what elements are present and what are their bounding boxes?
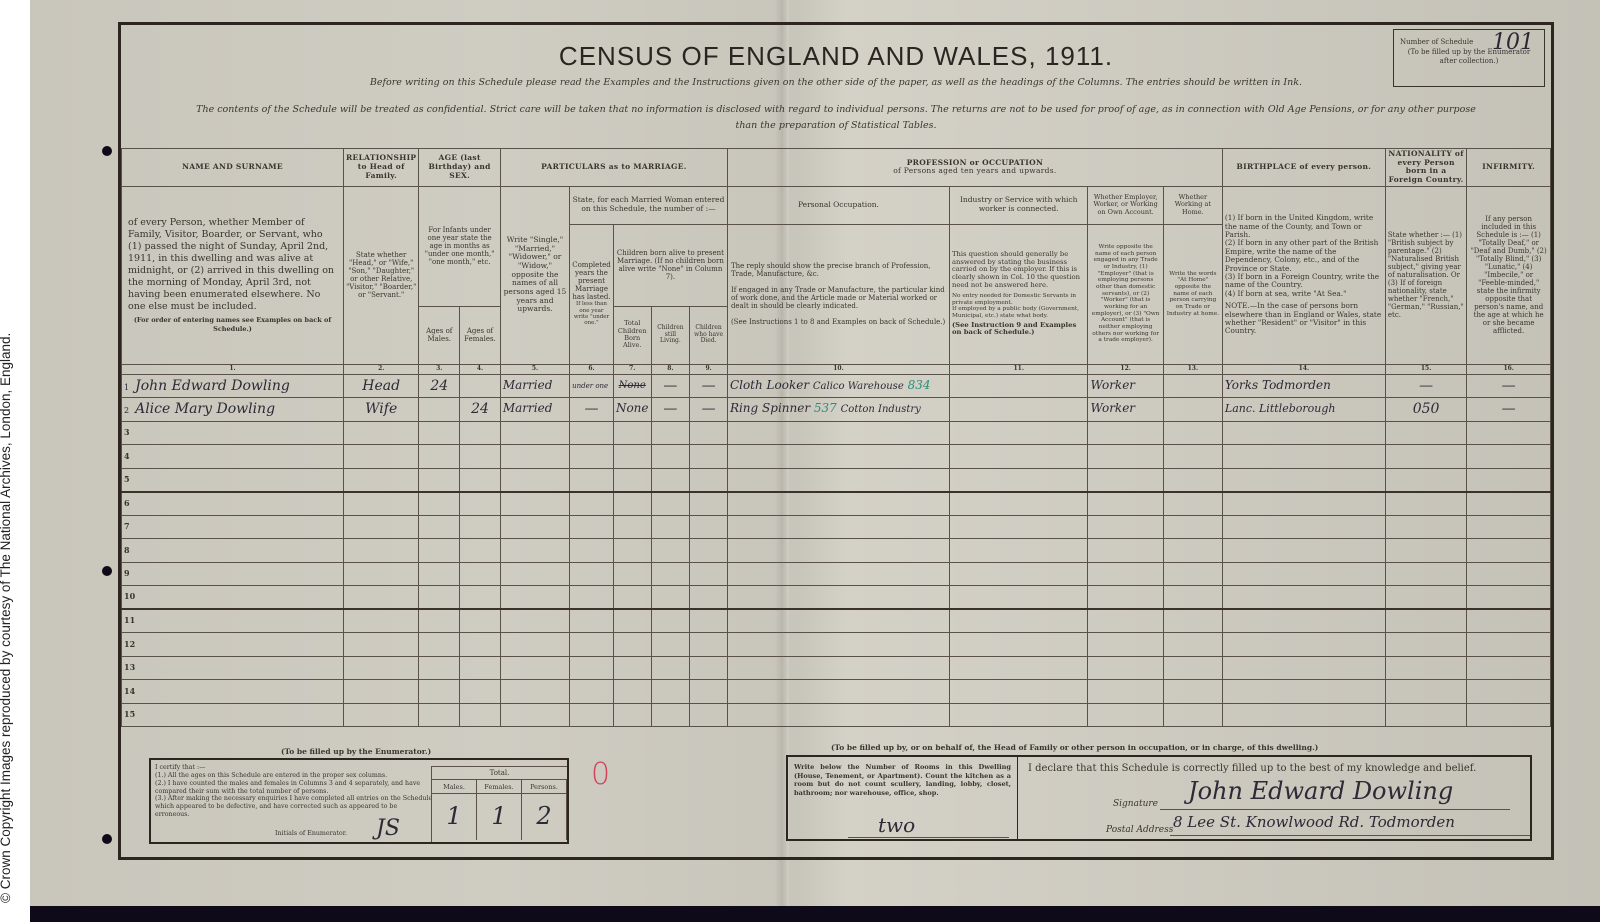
empty-cell[interactable] <box>1385 515 1466 539</box>
empty-cell[interactable] <box>651 445 690 469</box>
empty-cell[interactable] <box>344 633 419 657</box>
empty-cell[interactable] <box>1088 703 1163 727</box>
empty-cell[interactable] <box>419 633 460 657</box>
birthplace-desc-2: (2) If born in any other part of the Bri… <box>1225 239 1383 273</box>
empty-cell[interactable] <box>1467 492 1551 516</box>
birthplace-desc: (1) If born in the United Kingdom, write… <box>1222 186 1385 364</box>
empty-cell[interactable] <box>949 468 1088 492</box>
table-row: 15 <box>122 703 1551 727</box>
empty-cell[interactable] <box>570 586 614 610</box>
empty-cell[interactable] <box>1385 562 1466 586</box>
empty-cell[interactable] <box>500 539 569 563</box>
empty-cell[interactable] <box>500 562 569 586</box>
empty-cell[interactable] <box>570 633 614 657</box>
empty-cell[interactable] <box>727 421 949 445</box>
copyright-text: © Crown Copyright Images reproduced by c… <box>0 333 13 903</box>
empty-cell[interactable] <box>344 539 419 563</box>
empty-cell[interactable] <box>690 421 728 445</box>
empty-cell[interactable] <box>1222 562 1385 586</box>
empty-cell[interactable] <box>1163 680 1222 704</box>
table-row: 2Alice Mary Dowling Wife 24 Married — No… <box>122 398 1551 422</box>
empty-cell[interactable] <box>1385 492 1466 516</box>
empty-cell[interactable] <box>460 445 501 469</box>
red-mark: 0 <box>591 757 610 792</box>
relationship-cell[interactable]: Wife <box>344 398 419 422</box>
empty-cell[interactable] <box>500 656 569 680</box>
empty-cell[interactable] <box>1088 680 1163 704</box>
row-number: 9 <box>122 562 344 586</box>
empty-cell[interactable] <box>1222 539 1385 563</box>
empty-cell[interactable] <box>500 515 569 539</box>
industry-cell[interactable] <box>949 374 1088 398</box>
empty-cell[interactable] <box>1467 421 1551 445</box>
empty-cell[interactable] <box>1385 468 1466 492</box>
table-row: 12 <box>122 633 1551 657</box>
empty-cell[interactable] <box>949 445 1088 469</box>
empty-cell[interactable] <box>727 656 949 680</box>
empty-cell[interactable] <box>419 680 460 704</box>
empty-cell[interactable] <box>949 609 1088 633</box>
empty-cell[interactable] <box>344 445 419 469</box>
empty-cell[interactable] <box>651 703 690 727</box>
empty-cell[interactable] <box>690 492 728 516</box>
children-living-cell[interactable]: — <box>651 398 690 422</box>
empty-cell[interactable] <box>613 703 651 727</box>
empty-cell[interactable] <box>500 421 569 445</box>
marriage-state-desc: State, for each Married Woman entered on… <box>570 186 728 224</box>
name-cell[interactable]: 2Alice Mary Dowling <box>122 398 344 422</box>
empty-cell[interactable] <box>419 421 460 445</box>
empty-cell[interactable] <box>613 515 651 539</box>
infirmity-cell[interactable]: — <box>1467 398 1551 422</box>
empty-cell[interactable] <box>1385 703 1466 727</box>
col-num-7: 7. <box>613 364 651 374</box>
empty-cell[interactable] <box>460 539 501 563</box>
empty-cell[interactable] <box>344 421 419 445</box>
empty-cell[interactable] <box>613 680 651 704</box>
signature-label: Signature <box>1113 799 1158 809</box>
rooms-value[interactable]: two <box>878 813 915 837</box>
empty-cell[interactable] <box>500 703 569 727</box>
empty-cell[interactable] <box>949 680 1088 704</box>
empty-cell[interactable] <box>690 586 728 610</box>
empty-cell[interactable] <box>1385 680 1466 704</box>
empty-cell[interactable] <box>570 539 614 563</box>
empty-cell[interactable] <box>1163 445 1222 469</box>
age-male-cell[interactable]: 24 <box>419 374 460 398</box>
total-children-cell[interactable]: None <box>613 374 651 398</box>
children-living-cell[interactable]: — <box>651 374 690 398</box>
total-children-heading: Total Children Born Alive. <box>613 306 651 364</box>
empty-cell[interactable] <box>1163 515 1222 539</box>
empty-cell[interactable] <box>344 492 419 516</box>
empty-cell[interactable] <box>570 492 614 516</box>
empty-cell[interactable] <box>690 468 728 492</box>
empty-cell[interactable] <box>727 539 949 563</box>
empty-cell[interactable] <box>1088 633 1163 657</box>
empty-cell[interactable] <box>690 680 728 704</box>
empty-cell[interactable] <box>570 609 614 633</box>
certify-item-1: (1.) All the ages on this Schedule are e… <box>155 772 433 780</box>
col-num-11: 11. <box>949 364 1088 374</box>
empty-cell[interactable] <box>344 515 419 539</box>
col-num-13: 13. <box>1163 364 1222 374</box>
empty-cell[interactable] <box>690 515 728 539</box>
totals-females-label: Females. <box>477 780 522 793</box>
empty-cell[interactable] <box>949 562 1088 586</box>
empty-cell[interactable] <box>651 586 690 610</box>
empty-cell[interactable] <box>727 562 949 586</box>
empty-cell[interactable] <box>727 609 949 633</box>
empty-cell[interactable] <box>570 515 614 539</box>
empty-cell[interactable] <box>949 515 1088 539</box>
empty-cell[interactable] <box>419 609 460 633</box>
empty-cell[interactable] <box>1467 515 1551 539</box>
empty-cell[interactable] <box>1163 539 1222 563</box>
empty-cell[interactable] <box>460 468 501 492</box>
empty-cell[interactable] <box>949 633 1088 657</box>
empty-cell[interactable] <box>1385 539 1466 563</box>
empty-cell[interactable] <box>1467 609 1551 633</box>
empty-cell[interactable] <box>344 586 419 610</box>
empty-cell[interactable] <box>419 492 460 516</box>
occupation-code-stamp: 537 <box>814 401 837 415</box>
empty-cell[interactable] <box>419 656 460 680</box>
empty-cell[interactable] <box>1385 421 1466 445</box>
empty-cell[interactable] <box>690 562 728 586</box>
age-female-cell[interactable] <box>460 374 501 398</box>
empty-cell[interactable] <box>344 703 419 727</box>
total-children-cell[interactable]: None <box>613 398 651 422</box>
children-died-cell[interactable]: — <box>690 398 728 422</box>
empty-cell[interactable] <box>690 445 728 469</box>
birthplace-cell[interactable]: Yorks Todmorden <box>1222 374 1385 398</box>
empty-cell[interactable] <box>570 468 614 492</box>
empty-cell[interactable] <box>419 703 460 727</box>
empty-cell[interactable] <box>690 633 728 657</box>
empty-cell[interactable] <box>1467 468 1551 492</box>
empty-cell[interactable] <box>727 703 949 727</box>
empty-cell[interactable] <box>1222 421 1385 445</box>
empty-cell[interactable] <box>690 703 728 727</box>
industry-text: Cotton Industry <box>841 404 921 415</box>
empty-cell[interactable] <box>1088 562 1163 586</box>
ages-males-heading: Ages of Males. <box>419 306 460 364</box>
empty-cell[interactable] <box>1163 468 1222 492</box>
col-heading-birthplace: BIRTHPLACE of every person. <box>1222 149 1385 187</box>
totals-persons-label: Persons. <box>522 780 567 793</box>
totals-label: Total. <box>432 767 567 780</box>
empty-cell[interactable] <box>651 562 690 586</box>
empty-cell[interactable] <box>613 656 651 680</box>
empty-cell[interactable] <box>1163 492 1222 516</box>
occupation-code-stamp: 834 <box>908 378 931 392</box>
empty-cell[interactable] <box>1163 586 1222 610</box>
birthplace-desc-1: (1) If born in the United Kingdom, write… <box>1225 214 1383 239</box>
empty-cell[interactable] <box>570 445 614 469</box>
empty-cell[interactable] <box>727 586 949 610</box>
employer-heading: Whether Employer, Worker, or Working on … <box>1088 186 1163 224</box>
empty-cell[interactable] <box>1467 562 1551 586</box>
schedule-frame: CENSUS OF ENGLAND AND WALES, 1911. Befor… <box>118 22 1554 860</box>
empty-cell[interactable] <box>949 656 1088 680</box>
empty-cell[interactable] <box>500 586 569 610</box>
empty-cell[interactable] <box>690 656 728 680</box>
empty-cell[interactable] <box>460 656 501 680</box>
empty-cell[interactable] <box>690 609 728 633</box>
nationality-desc: State whether :— (1) "British subject by… <box>1385 186 1466 364</box>
birthplace-cell[interactable]: Lanc. Littleborough <box>1222 398 1385 422</box>
empty-cell[interactable] <box>419 586 460 610</box>
empty-cell[interactable] <box>570 703 614 727</box>
empty-cell[interactable] <box>949 492 1088 516</box>
empty-cell[interactable] <box>1088 468 1163 492</box>
empty-cell[interactable] <box>460 609 501 633</box>
empty-cell[interactable] <box>500 468 569 492</box>
col-num-1: 1. <box>122 364 344 374</box>
empty-cell[interactable] <box>727 445 949 469</box>
empty-cell[interactable] <box>727 515 949 539</box>
occupation-cell[interactable]: Cloth Looker Calico Warehouse 834 <box>727 374 949 398</box>
empty-cell[interactable] <box>1467 539 1551 563</box>
empty-cell[interactable] <box>500 680 569 704</box>
empty-cell[interactable] <box>1222 609 1385 633</box>
empty-cell[interactable] <box>727 468 949 492</box>
empty-cell[interactable] <box>570 421 614 445</box>
employer-cell[interactable]: Worker <box>1088 398 1163 422</box>
person-name: John Edward Dowling <box>135 378 290 394</box>
empty-cell[interactable] <box>419 515 460 539</box>
empty-cell[interactable] <box>613 468 651 492</box>
empty-cell[interactable] <box>613 421 651 445</box>
empty-cell[interactable] <box>1385 633 1466 657</box>
marital-status-cell[interactable]: Married <box>500 398 569 422</box>
occupation-cell[interactable]: Ring Spinner 537 Cotton Industry <box>727 398 949 422</box>
empty-cell[interactable] <box>1467 703 1551 727</box>
empty-cell[interactable] <box>613 445 651 469</box>
totals-males-value[interactable]: 1 <box>432 794 477 840</box>
empty-cell[interactable] <box>570 562 614 586</box>
empty-cell[interactable] <box>1385 445 1466 469</box>
empty-cell[interactable] <box>1222 703 1385 727</box>
table-row: 1John Edward Dowling Head 24 Married und… <box>122 374 1551 398</box>
totals-females-value[interactable]: 1 <box>477 794 522 840</box>
empty-cell[interactable] <box>1385 656 1466 680</box>
empty-cell[interactable] <box>500 633 569 657</box>
empty-cell[interactable] <box>460 703 501 727</box>
empty-cell[interactable] <box>613 562 651 586</box>
empty-cell[interactable] <box>1222 468 1385 492</box>
nationality-cell[interactable]: — <box>1385 374 1466 398</box>
empty-cell[interactable] <box>727 680 949 704</box>
empty-cell[interactable] <box>1222 586 1385 610</box>
infirmity-desc: If any person included in this Schedule … <box>1467 186 1551 364</box>
col-heading-marriage: PARTICULARS as to MARRIAGE. <box>500 149 727 187</box>
industry-desc-4: (See Instruction 9 and Examples on back … <box>952 322 1086 338</box>
empty-cell[interactable] <box>460 562 501 586</box>
empty-cell[interactable] <box>1467 586 1551 610</box>
empty-cell[interactable] <box>1088 492 1163 516</box>
empty-cell[interactable] <box>570 656 614 680</box>
empty-cell[interactable] <box>690 539 728 563</box>
age-female-cell[interactable]: 24 <box>460 398 501 422</box>
empty-cell[interactable] <box>1088 515 1163 539</box>
empty-cell[interactable] <box>419 468 460 492</box>
schedule-number: 101 <box>1492 30 1534 56</box>
col-heading-infirmity: INFIRMITY. <box>1467 149 1551 187</box>
empty-cell[interactable] <box>1163 656 1222 680</box>
infirmity-cell[interactable]: — <box>1467 374 1551 398</box>
empty-cell[interactable] <box>419 539 460 563</box>
years-married-cell[interactable]: under one <box>570 374 614 398</box>
enumerator-initials[interactable]: JS <box>376 816 400 841</box>
table-row: 7 <box>122 515 1551 539</box>
empty-cell[interactable] <box>613 539 651 563</box>
empty-cell[interactable] <box>651 421 690 445</box>
empty-cell[interactable] <box>460 680 501 704</box>
empty-cell[interactable] <box>1163 703 1222 727</box>
certify-item-2: (2.) I have counted the males and female… <box>155 780 433 796</box>
empty-cell[interactable] <box>460 515 501 539</box>
empty-cell[interactable] <box>419 445 460 469</box>
empty-cell[interactable] <box>500 445 569 469</box>
empty-cell[interactable] <box>344 656 419 680</box>
personal-desc-3: (See Instructions 1 to 8 and Examples on… <box>731 318 946 326</box>
empty-cell[interactable] <box>651 468 690 492</box>
empty-cell[interactable] <box>1163 562 1222 586</box>
row-number: 6 <box>122 492 344 516</box>
row-number: 7 <box>122 515 344 539</box>
empty-cell[interactable] <box>1088 421 1163 445</box>
empty-cell[interactable] <box>1088 586 1163 610</box>
empty-cell[interactable] <box>651 633 690 657</box>
empty-cell[interactable] <box>1163 421 1222 445</box>
empty-cell[interactable] <box>1385 586 1466 610</box>
empty-cell[interactable] <box>1222 492 1385 516</box>
name-cell[interactable]: 1John Edward Dowling <box>122 374 344 398</box>
home-cell[interactable] <box>1163 374 1222 398</box>
empty-cell[interactable] <box>500 492 569 516</box>
employer-cell[interactable]: Worker <box>1088 374 1163 398</box>
industry-desc-2: No entry needed for Domestic Servants in… <box>952 293 1086 306</box>
col-num-5: 5. <box>500 364 569 374</box>
row-number: 11 <box>122 609 344 633</box>
empty-cell[interactable] <box>613 633 651 657</box>
postal-address-value[interactable]: 8 Lee St. Knowlwood Rd. Todmorden <box>1173 813 1455 831</box>
marital-status-cell[interactable]: Married <box>500 374 569 398</box>
birthplace-desc-4: (4) If born at sea, write "At Sea." <box>1225 290 1383 298</box>
empty-cell[interactable] <box>949 703 1088 727</box>
relationship-cell[interactable]: Head <box>344 374 419 398</box>
empty-cell[interactable] <box>1222 445 1385 469</box>
signature-value[interactable]: John Edward Dowling <box>1188 777 1453 805</box>
empty-cell[interactable] <box>949 586 1088 610</box>
name-instructions: of every Person, whether Member of Famil… <box>122 186 344 364</box>
empty-cell[interactable] <box>1222 656 1385 680</box>
empty-cell[interactable] <box>613 609 651 633</box>
empty-cell[interactable] <box>1088 656 1163 680</box>
col-num-4: 4. <box>460 364 501 374</box>
empty-cell[interactable] <box>1222 515 1385 539</box>
col-num-10: 10. <box>727 364 949 374</box>
empty-cell[interactable] <box>344 680 419 704</box>
empty-cell[interactable] <box>1467 656 1551 680</box>
industry-desc-3: If employed by a public body (Government… <box>952 306 1086 319</box>
empty-cell[interactable] <box>1088 445 1163 469</box>
empty-cell[interactable] <box>613 492 651 516</box>
completed-years-desc: Completed years the present Marriage has… <box>570 224 614 364</box>
empty-cell[interactable] <box>651 515 690 539</box>
empty-cell[interactable] <box>651 680 690 704</box>
col-num-8: 8. <box>651 364 690 374</box>
completed-years-label: Completed years the present Marriage has… <box>572 261 611 301</box>
empty-cell[interactable] <box>1088 609 1163 633</box>
industry-desc: This question should generally be answer… <box>949 224 1088 364</box>
empty-cell[interactable] <box>727 633 949 657</box>
years-married-cell[interactable]: — <box>570 398 614 422</box>
punch-hole <box>102 834 112 844</box>
empty-cell[interactable] <box>460 586 501 610</box>
punch-hole <box>102 146 112 156</box>
empty-cell[interactable] <box>651 656 690 680</box>
personal-desc-2: If engaged in any Trade or Manufacture, … <box>731 286 946 310</box>
empty-cell[interactable] <box>344 609 419 633</box>
instruction-line: Before writing on this Schedule please r… <box>121 77 1551 88</box>
empty-cell[interactable] <box>949 539 1088 563</box>
nationality-cell[interactable]: 050 <box>1385 398 1466 422</box>
children-desc: Children born alive to present Marriage.… <box>613 224 727 306</box>
empty-cell[interactable] <box>651 609 690 633</box>
head-of-family-caption: (To be filled up by, or on behalf of, th… <box>831 743 1318 752</box>
empty-cell[interactable] <box>419 562 460 586</box>
empty-cell[interactable] <box>727 492 949 516</box>
row-number: 14 <box>122 680 344 704</box>
initials-label: Initials of Enumerator. <box>275 830 347 838</box>
empty-cell[interactable] <box>1467 445 1551 469</box>
empty-cell[interactable] <box>344 468 419 492</box>
empty-cell[interactable] <box>570 680 614 704</box>
industry-cell[interactable] <box>949 398 1088 422</box>
totals-persons-value[interactable]: 2 <box>522 794 567 840</box>
empty-cell[interactable] <box>1163 633 1222 657</box>
empty-cell[interactable] <box>460 633 501 657</box>
empty-cell[interactable] <box>1163 609 1222 633</box>
empty-cell[interactable] <box>949 421 1088 445</box>
empty-cell[interactable] <box>613 586 651 610</box>
children-died-cell[interactable]: — <box>690 374 728 398</box>
rooms-instructions: Write below the Number of Rooms in this … <box>794 763 1011 797</box>
empty-cell[interactable] <box>460 421 501 445</box>
personal-occupation-heading: Personal Occupation. <box>727 186 949 224</box>
empty-cell[interactable] <box>1088 539 1163 563</box>
postal-address-label: Postal Address <box>1106 825 1173 835</box>
age-male-cell[interactable] <box>419 398 460 422</box>
empty-cell[interactable] <box>460 492 501 516</box>
table-row: 13 <box>122 656 1551 680</box>
enumerator-box: I certify that :— (1.) All the ages on t… <box>149 758 569 844</box>
empty-cell[interactable] <box>1222 633 1385 657</box>
age-desc: For Infants under one year state the age… <box>419 186 500 306</box>
empty-cell[interactable] <box>1467 633 1551 657</box>
empty-cell[interactable] <box>1385 609 1466 633</box>
empty-cell[interactable] <box>1222 680 1385 704</box>
home-cell[interactable] <box>1163 398 1222 422</box>
empty-cell[interactable] <box>1467 680 1551 704</box>
empty-cell[interactable] <box>500 609 569 633</box>
empty-cell[interactable] <box>651 492 690 516</box>
empty-cell[interactable] <box>651 539 690 563</box>
empty-cell[interactable] <box>344 562 419 586</box>
